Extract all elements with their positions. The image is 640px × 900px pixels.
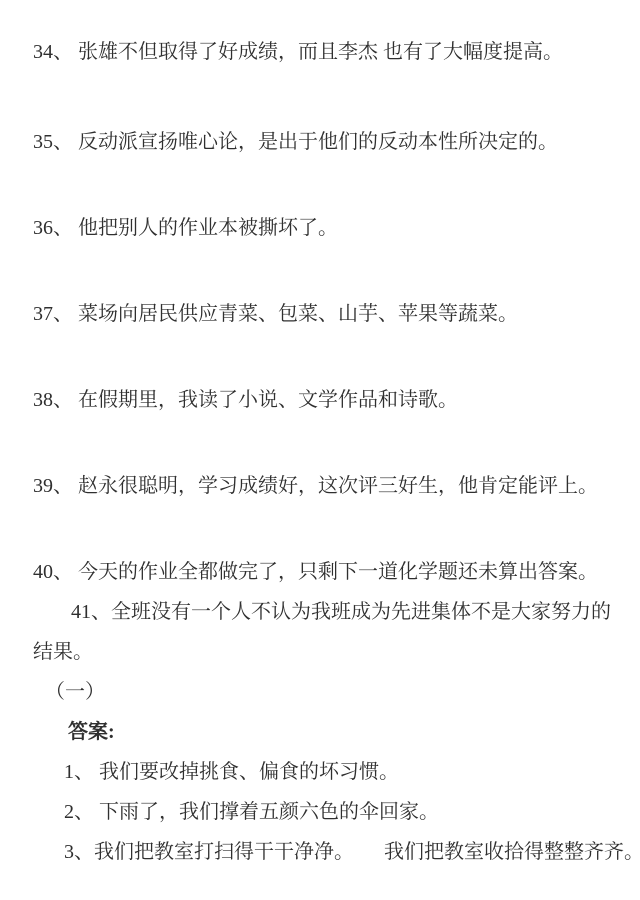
answer-3: 3、我们把教室打扫得干干净净。 我们把教室收拾得整整齐齐。 bbox=[64, 832, 633, 872]
question-35: 35、 反动派宣扬唯心论，是出于他们的反动本性所决定的。 bbox=[33, 122, 633, 162]
question-34: 34、 张雄不但取得了好成绩，而且李杰 也有了大幅度提高。 bbox=[33, 32, 633, 72]
question-36: 36、 他把别人的作业本被撕坏了。 bbox=[33, 208, 633, 248]
question-39: 39、 赵永很聪明，学习成绩好，这次评三好生，他肯定能评上。 bbox=[33, 466, 633, 506]
question-37: 37、 菜场向居民供应青菜、包菜、山芋、苹果等蔬菜。 bbox=[33, 294, 633, 334]
answer-2: 2、 下雨了，我们撑着五颜六色的伞回家。 bbox=[64, 792, 633, 832]
document-page: 34、 张雄不但取得了好成绩，而且李杰 也有了大幅度提高。 35、 反动派宣扬唯… bbox=[0, 0, 640, 900]
section-marker: （一） bbox=[45, 672, 633, 712]
answer-1: 1、 我们要改掉挑食、偏食的坏习惯。 bbox=[64, 752, 633, 792]
question-40: 40、 今天的作业全都做完了，只剩下一道化学题还未算出答案。 bbox=[33, 552, 633, 592]
question-38: 38、 在假期里，我读了小说、文学作品和诗歌。 bbox=[33, 380, 633, 420]
question-41: 41、全班没有一个人不认为我班成为先进集体不是大家努力的结果。 bbox=[33, 592, 629, 672]
answers-heading: 答案: bbox=[68, 712, 633, 752]
